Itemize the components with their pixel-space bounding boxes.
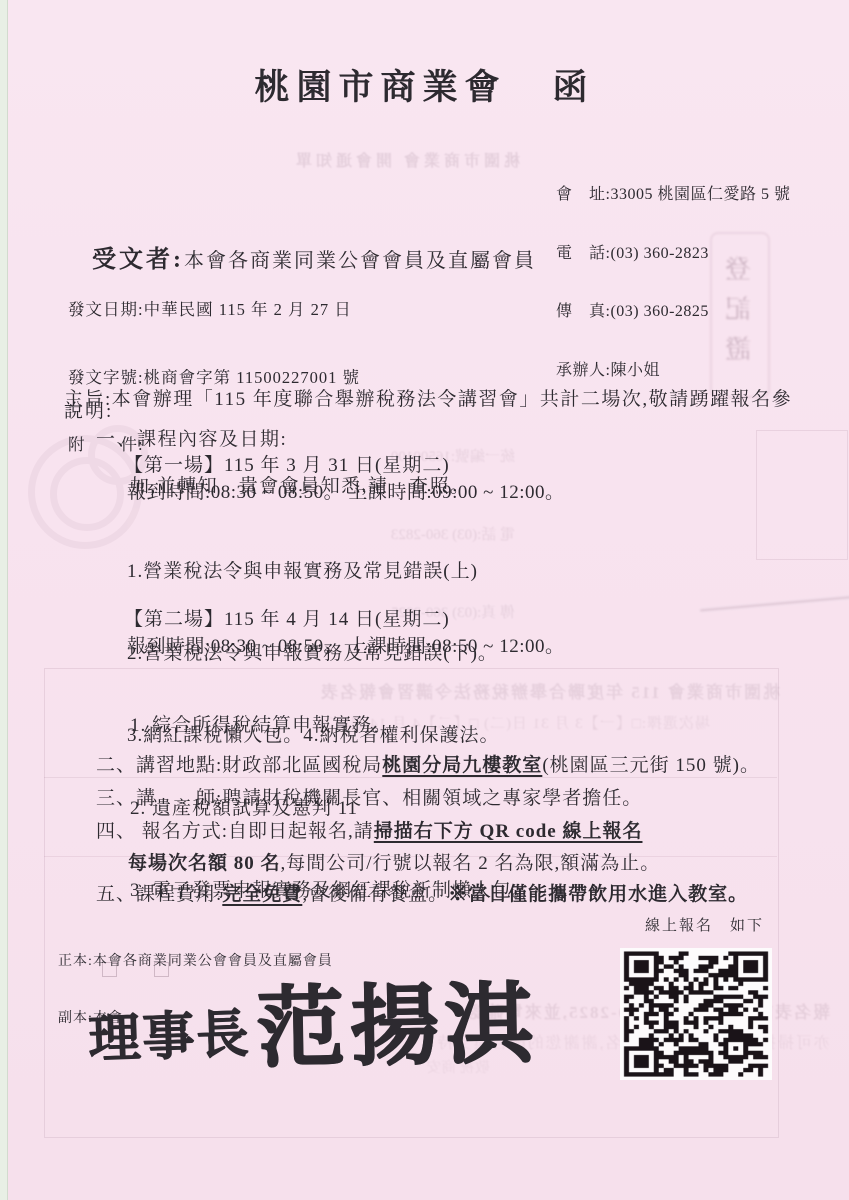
quota-emphasis: 每場次名額 80 名 (128, 853, 281, 874)
contact-address-line: 會 址:33005 桃園區仁愛路 5 號 (556, 185, 790, 205)
item-1-row: 一、課程內容及日期: (96, 424, 287, 451)
item-5-text: 課程費用: (136, 884, 222, 905)
chairman-title: 理事長 (87, 991, 252, 1072)
item-4-emphasis: 掃描右下方 QR code 線上報名 (374, 821, 643, 842)
water-note-emphasis: ※當日僅能攜帶飲用水進入教室。 (448, 884, 748, 905)
item-3-row: 三、講 師:聘請財稅機關長官、相關領域之專家學者擔任。 (96, 783, 642, 810)
item-4-row: 四、 報名方式:自即日起報名,請掃描右下方 QR code 線上報名 (96, 816, 642, 843)
org-name: 桃園市商業會 (254, 60, 506, 110)
explanation-heading: 說明: (64, 396, 113, 423)
item-3-text: 講 師:聘請財稅機關長官、相關領域之專家學者擔任。 (136, 788, 642, 809)
paper-crease (700, 595, 849, 612)
item-2-row: 二、講習地點:財政部北區國稅局桃園分局九樓教室(桃園區三元街 150 號)。 (96, 750, 760, 777)
item-1-title: 課程內容及日期: (137, 429, 287, 450)
bleed-through-text: 桃園市商業會 開會通知單 (210, 148, 520, 171)
issue-date-line: 發文日期:中華民國 115 年 2 月 27 日 (68, 299, 360, 322)
item-4-quota-row: 每場次名額 80 名,每間公司/行號以報名 2 名為限,額滿為止。 (128, 848, 660, 875)
session-2-header: 【第二場】115 年 4 月 14 日(星期二) (124, 604, 450, 631)
title-gap (507, 60, 553, 110)
item-5-row: 五、課程費用:完全免費,會後備有餐盒。※當日僅能攜帶飲用水進入教室。 (96, 879, 748, 906)
fee-emphasis: 完全免費 (222, 884, 302, 905)
quota-text: ,每間公司/行號以報名 2 名為限,額滿為止。 (281, 853, 661, 874)
item-2-text: 講習地點:財政部北區國稅局 (136, 755, 382, 776)
item-2-emphasis: 桃園分局九樓教室 (382, 755, 542, 776)
scanned-letter-page: 桃園市商業會 開會通知單 登記證 統一編號:16500100 電 話:(03) … (0, 0, 849, 1200)
item-5-number: 五、 (96, 884, 136, 905)
item-4-number: 四、 (96, 821, 136, 842)
online-signup-note: 線上報名 如下 (645, 914, 764, 935)
course-line: 1. 綜合所得稅結算申報實務。 (130, 712, 532, 740)
session-2-time: 報到時間:08:30 ~ 08:50。 上課時間:08:50 ~ 12:00。 (127, 631, 564, 658)
course-line: 1.營業稅法令與申報實務及常見錯誤(上) (127, 558, 500, 585)
scan-edge-strip (0, 0, 8, 1200)
item-1-number: 一、 (96, 429, 137, 450)
item-5-mid-text: ,會後備有餐盒。 (302, 884, 448, 905)
contact-phone-line: 電 話:(03) 360-2823 (556, 244, 790, 264)
signature-block: 理事長 范揚淇 (88, 956, 568, 1086)
doc-type-label: 函 (553, 60, 595, 110)
chairman-signature: 范揚淇 (255, 954, 539, 1085)
item-2-text-post: (桃園區三元街 150 號)。 (542, 755, 760, 776)
letter-title: 桃園市商業會 函 (0, 60, 849, 110)
qr-code (620, 948, 772, 1080)
item-4-text: 報名方式:自即日起報名,請 (136, 821, 374, 842)
subject-line-1: 主旨:本會辦理「115 年度聯合舉辦稅務法令講習會」共計二場次,敬請踴躍報名參 (64, 385, 792, 414)
item-3-number: 三、 (96, 788, 136, 809)
subject-text-1: 本會辦理「115 年度聯合舉辦稅務法令講習會」共計二場次,敬請踴躍報名參 (112, 389, 792, 410)
item-2-number: 二、 (96, 755, 136, 776)
session-1-header: 【第一場】115 年 3 月 31 日(星期二) (124, 450, 450, 477)
contact-fax-line: 傳 真:(03) 360-2825 (556, 302, 790, 322)
session-1-time: 報到時間:08:30 ~ 08:50。 上課時間:09:00 ~ 12:00。 (127, 477, 564, 504)
